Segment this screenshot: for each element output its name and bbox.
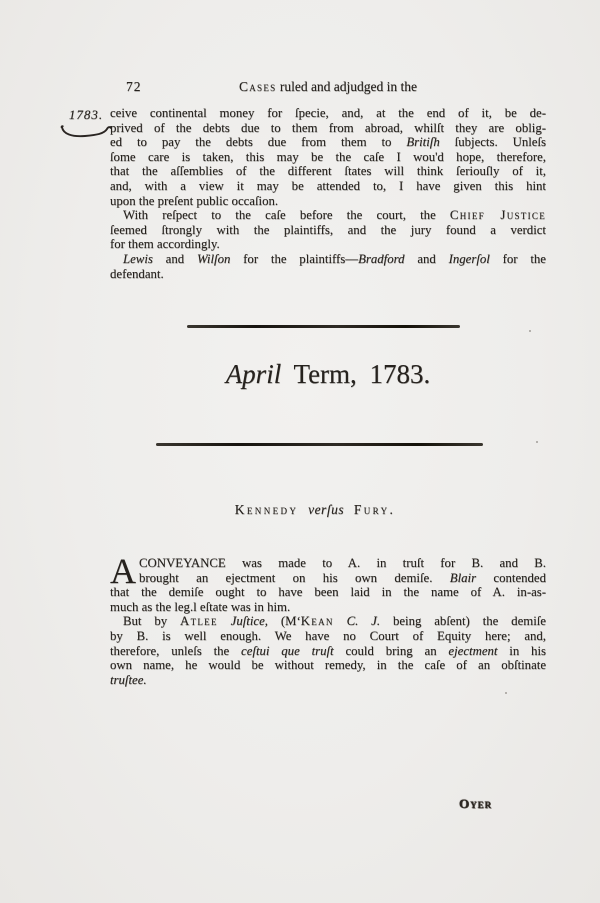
print-speckle	[505, 692, 507, 694]
text-line: by B. is well enough. We have no Court o…	[110, 629, 546, 644]
text-line: CONVEYANCE was made to A. in truſt for B…	[110, 556, 546, 571]
print-speckle	[529, 330, 531, 332]
intro-paragraphs: ceive continental money for ſpecie, and,…	[110, 106, 546, 281]
text-line: defendant.	[110, 267, 546, 282]
year-swash-brace-icon	[60, 124, 112, 139]
page-header: 72 Cases ruled and adjudged in the	[110, 79, 546, 96]
text-line: and, with a view it may be attended to, …	[110, 179, 546, 194]
text-line: prived of the debts due to them from abr…	[110, 121, 546, 136]
term-heading: April Term, 1783.	[110, 357, 546, 391]
text-line: ceive continental money for ſpecie, and,…	[110, 106, 546, 121]
margin-year-label: 1783.	[60, 107, 112, 123]
case-paragraphs: A CONVEYANCE was made to A. in truſt for…	[110, 556, 546, 687]
case-title: Kennedy verſus Fury.	[95, 502, 535, 518]
text-line: for them accordingly.	[110, 237, 546, 252]
text-line: ſome care is taken, this may be the caſe…	[110, 150, 546, 165]
text-line: much as the leg.l eſtate was in him.	[110, 600, 546, 615]
page-number: 72	[126, 79, 142, 95]
text-line: upon the preſent public occaſion.	[110, 194, 546, 209]
case-second-paragraph: But by Atlee Juſtice, (M‘Kean C. J. bein…	[110, 614, 546, 687]
drop-cap-letter: A	[110, 557, 136, 585]
text-line: own name, he would be without remedy, in…	[110, 658, 546, 673]
running-header-title: Cases ruled and adjudged in the	[110, 79, 546, 95]
text-line: With reſpect to the caſe before the cour…	[110, 208, 546, 223]
text-line: ed to pay the debts due from them to Bri…	[110, 135, 546, 150]
print-speckle	[536, 441, 538, 443]
text-line: that the demiſe ought to have been laid …	[110, 585, 546, 600]
text-line: But by Atlee Juſtice, (M‘Kean C. J. bein…	[110, 614, 546, 629]
section-rule-bottom	[156, 443, 483, 446]
text-line: therefore, unleſs the ceſtui que truſt c…	[110, 644, 546, 659]
text-line: that the aſſemblies of the different ſta…	[110, 164, 546, 179]
margin-year-note: 1783.	[60, 107, 112, 139]
catchword: Oyer	[459, 796, 492, 812]
scanned-book-page: 72 Cases ruled and adjudged in the 1783.…	[0, 0, 600, 903]
case-first-paragraph: A CONVEYANCE was made to A. in truſt for…	[110, 556, 546, 614]
text-line: truſtee.	[110, 673, 546, 688]
section-rule-top	[187, 325, 460, 328]
text-line: Lewis and Wilſon for the plaintiffs—Brad…	[110, 252, 546, 267]
text-line: ſeemed ſtrongly with the plaintiffs, and…	[110, 223, 546, 238]
text-line: brought an ejectment on his own demiſe. …	[110, 571, 546, 586]
